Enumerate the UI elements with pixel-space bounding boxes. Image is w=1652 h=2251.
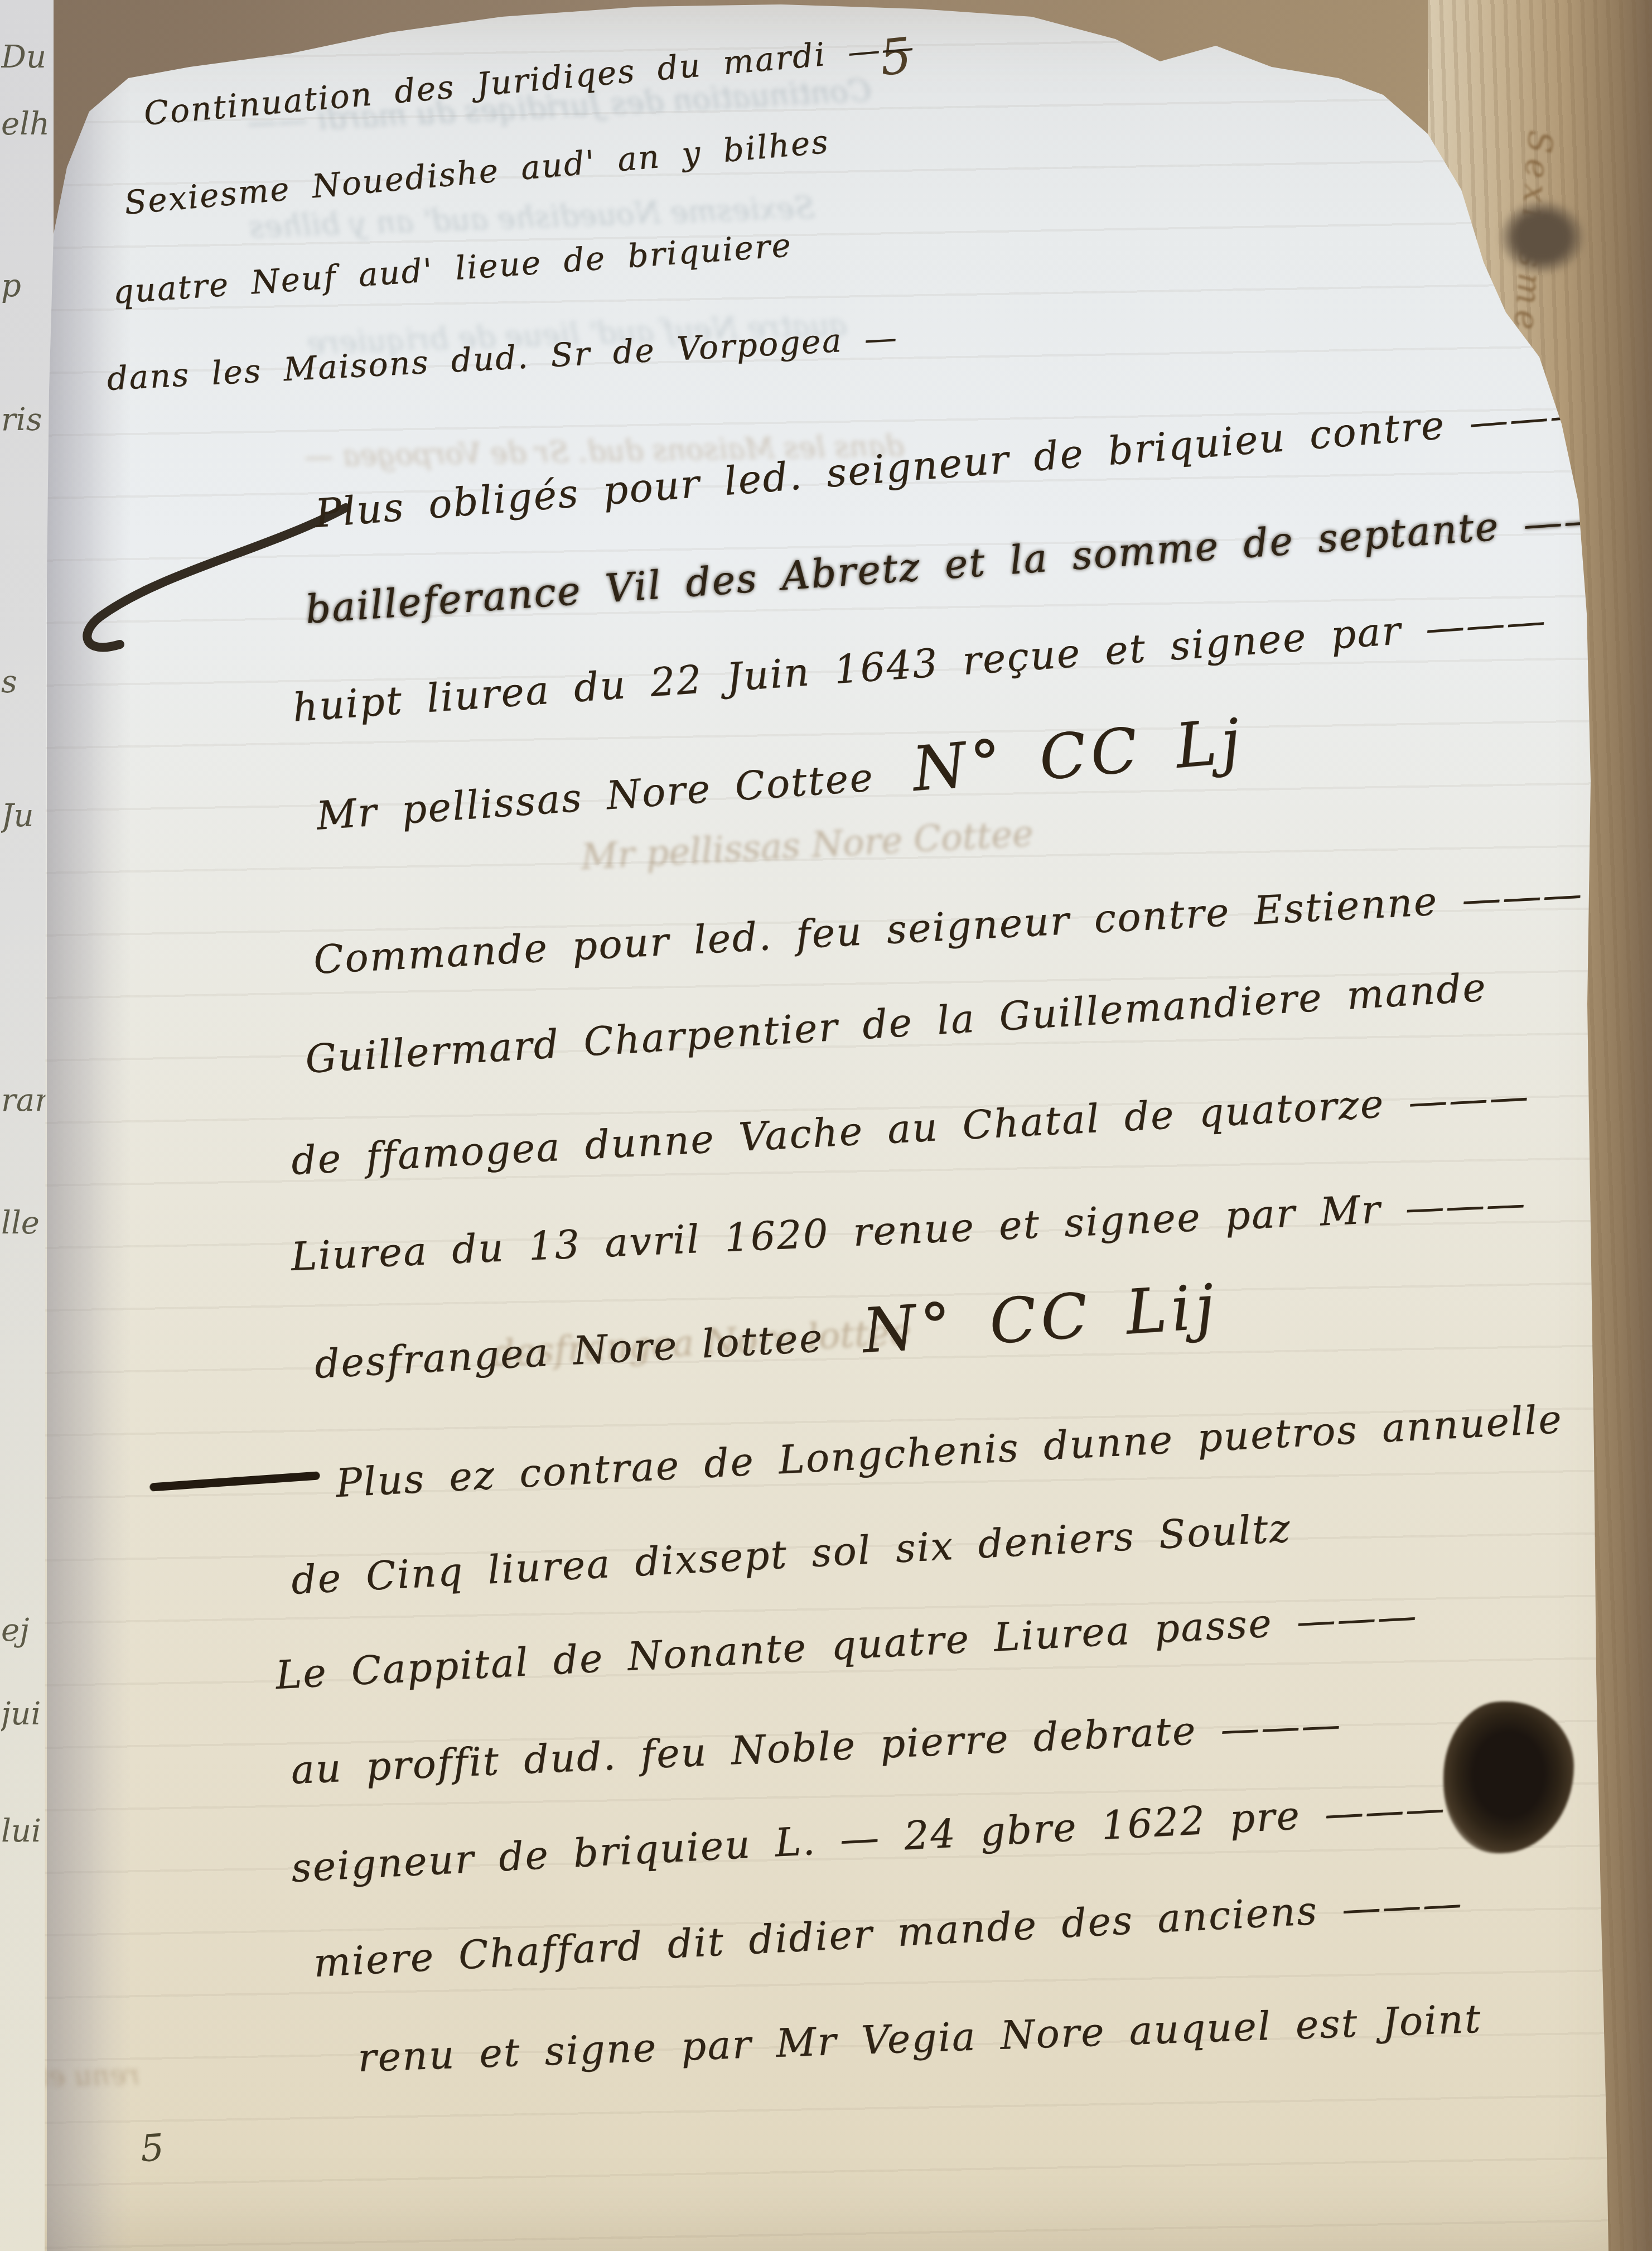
entry-line: Plus ez contrae de Longchenis dunne puet…: [335, 1396, 1564, 1506]
margin-fragment: Ju: [1, 798, 50, 834]
entry-line: Commande pour led. feu seigneur contre E…: [312, 871, 1584, 983]
gathering-mark: 5: [139, 2126, 165, 2171]
entry-line: de Cinq liurea dixsept sol six deniers S…: [290, 1505, 1292, 1603]
margin-fragment: elh: [1, 106, 50, 142]
notary-attestation: Mr pellissas Nore Cottee: [315, 754, 876, 839]
margin-fragment: ram: [1, 1082, 50, 1119]
margin-fragment: lle: [1, 1205, 50, 1241]
entry-line: de ffamogea dunne Vache au Chatal de qua…: [290, 1073, 1530, 1184]
margin-fragment: jui: [1, 1696, 50, 1732]
gutter-shadow: [47, 0, 131, 2251]
header-line: dans les Maisons dud. Sr de Vorpogea —: [106, 319, 899, 398]
entry-line: Le Cappital de Nonante quatre Liurea pas…: [274, 1593, 1419, 1698]
margin-fragment: s: [1, 664, 50, 700]
entry-signature-line: Mr pellissas Nore CotteeN° CC Lj: [313, 708, 1247, 844]
stack-stain: [1500, 201, 1584, 273]
header-line: Continuation des Juridiqes du mardi ——: [142, 27, 916, 133]
notary-attestation: desfrangea Nore lottee: [313, 1315, 825, 1387]
header-line: quatre Neuf aud' lieue de briquiere: [112, 226, 793, 311]
margin-fragment: Du: [1, 39, 50, 75]
offset-ink-ghost: Mr pellissas Nore Cottee: [580, 813, 1035, 878]
entry-line: Liurea du 13 avril 1620 renue et signee …: [290, 1180, 1527, 1280]
ink-blot: [1443, 1701, 1574, 1853]
entry-line: renu et signe par Mr Vegia Nore auquel e…: [357, 1996, 1482, 2081]
entry-line: miere Chaffard dit didier mande des anci…: [312, 1880, 1464, 1986]
manuscript-page: 5 Continuation des Juridiqes du mardi ——…: [0, 0, 1652, 2251]
cote-number: N° CC Lj: [910, 705, 1248, 806]
manuscript-scan: { "folio_number": "5", "gathering_mark":…: [0, 0, 1652, 2251]
margin-fragment: lui: [1, 1813, 50, 1849]
entry-signature-line: desfrangea Nore lotteeN° CC Lij: [312, 1274, 1220, 1392]
margin-fragment: ej: [1, 1612, 50, 1649]
margin-fragment: ris: [1, 402, 50, 438]
margin-fragment: p: [1, 268, 50, 304]
lead-in-stroke: [149, 1471, 320, 1491]
header-line: Sexiesme Nouedishe aud' an y bilhes: [123, 122, 830, 221]
entry-line: Guillermard Charpentier de la Guillemand…: [304, 964, 1488, 1082]
cote-number: N° CC Lij: [860, 1271, 1221, 1367]
entry-line: seigneur de briquieu L. — 24 gbre 1622 p…: [290, 1785, 1447, 1891]
entry-line: au proffit dud. feu Noble pierre debrate…: [290, 1701, 1342, 1793]
